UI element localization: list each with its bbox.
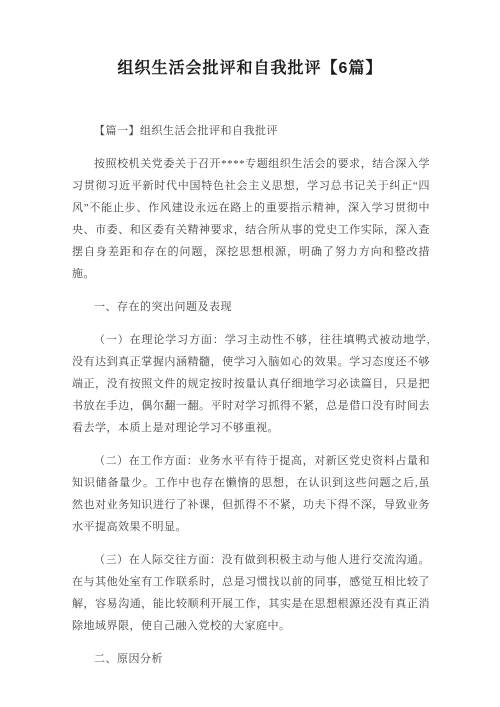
heading-section-1: 一、存在的突出问题及表现: [72, 296, 430, 318]
paragraph-problem-1: （一）在理论学习方面：学习主动性不够，往往填鸭式被动地学,没有达到真正掌握内涵精…: [72, 329, 430, 439]
paragraph-problem-3: （三）在人际交往方面：没有做到积极主动与他人进行交流沟通。在与其他处室有工作联系…: [72, 549, 430, 637]
document-page: 组织生活会批评和自我批评【6篇】 【篇一】组织生活会批评和自我批评 按照校机关党…: [0, 0, 500, 707]
subtitle-part-1: 【篇一】组织生活会批评和自我批评: [72, 120, 430, 142]
paragraph-problem-2: （二）在工作方面：业务水平有待于提高，对新区党史资料占量和知识储备量少。工作中也…: [72, 450, 430, 538]
heading-section-2: 二、原因分析: [72, 648, 430, 670]
document-title: 组织生活会批评和自我批评【6篇】: [0, 0, 500, 80]
paragraph-intro: 按照校机关党委关于召开****专题组织生活会的要求，结合深入学习贯彻习近平新时代…: [72, 153, 430, 285]
document-body: 【篇一】组织生活会批评和自我批评 按照校机关党委关于召开****专题组织生活会的…: [0, 80, 500, 670]
